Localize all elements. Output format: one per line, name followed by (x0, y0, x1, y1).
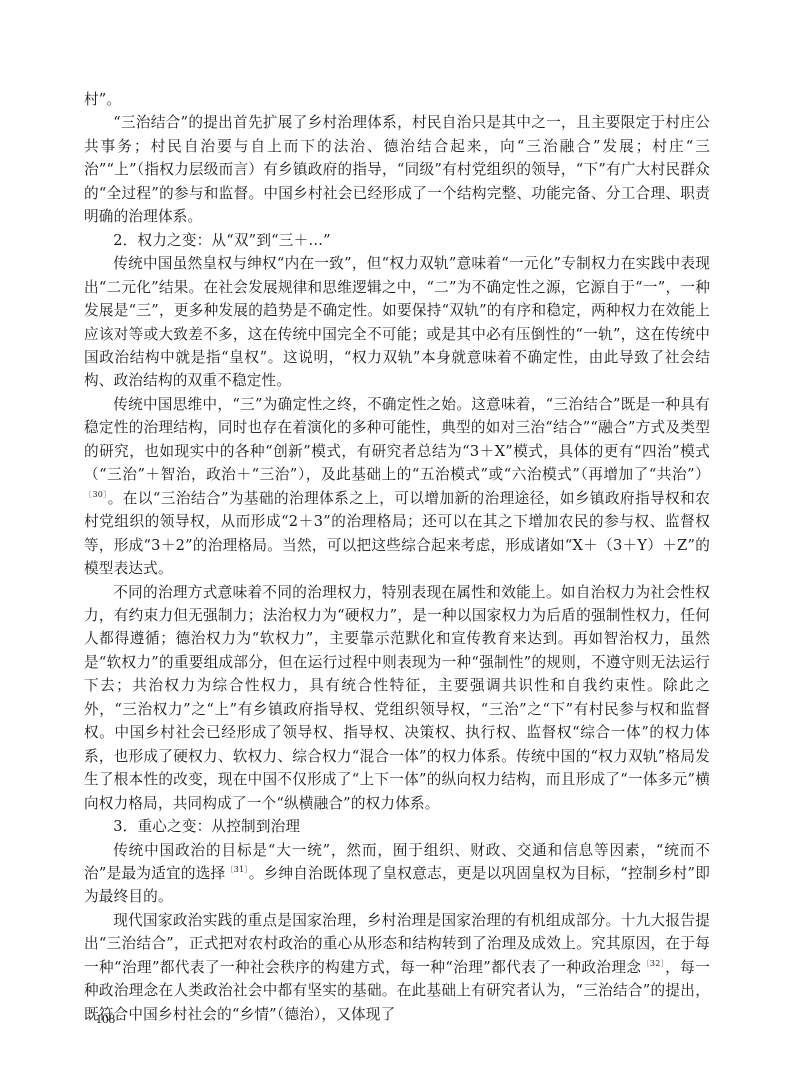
document-body: 村”。 “三治结合”的提出首先扩展了乡村治理体系，村民自治只是其中之一，且主要限… (84, 88, 710, 1026)
paragraph: “三治结合”的提出首先扩展了乡村治理体系，村民自治只是其中之一，且主要限定于村庄… (84, 111, 710, 228)
paragraph: 不同的治理方式意味着不同的治理权力，特别表现在属性和效能上。如自治权力为社会性权… (84, 581, 710, 816)
paragraph-continuation: 村”。 (84, 88, 710, 111)
paragraph-text: 现代国家政治实践的重点是国家治理，乡村治理是国家治理的有机组成部分。十九大报告提… (84, 912, 710, 976)
citation-32: 〔32〕 (641, 959, 665, 968)
citation-31: 〔31〕 (226, 865, 249, 874)
paragraph: 传统中国思维中，“三”为确定性之终，不确定性之始。这意味着，“三治结合”既是一种… (84, 393, 710, 581)
citation-30: 〔30〕 (84, 490, 108, 499)
paragraph: 现代国家政治实践的重点是国家治理，乡村治理是国家治理的有机组成部分。十九大报告提… (84, 909, 710, 1026)
section-heading-2: 2．权力之变：从“双”到“三＋…” (84, 229, 710, 252)
section-heading-3: 3．重心之变：从控制到治理 (84, 815, 710, 838)
paragraph: 传统中国政治的目标是“大一统”，然而，囿于组织、财政、交通和信息等因素，“统而不… (84, 839, 710, 909)
paragraph-text: 。在以“三治结合”为基础的治理体系之上，可以增加新的治理途径，如乡镇政府指导权和… (84, 490, 710, 577)
page-number: · 108 · (88, 1011, 123, 1027)
paragraph-text: 传统中国思维中，“三”为确定性之终，不确定性之始。这意味着，“三治结合”既是一种… (84, 396, 710, 483)
paragraph: 传统中国虽然皇权与绅权“内在一致”，但“权力双轨”意味着“一元化”专制权力在实践… (84, 252, 710, 393)
